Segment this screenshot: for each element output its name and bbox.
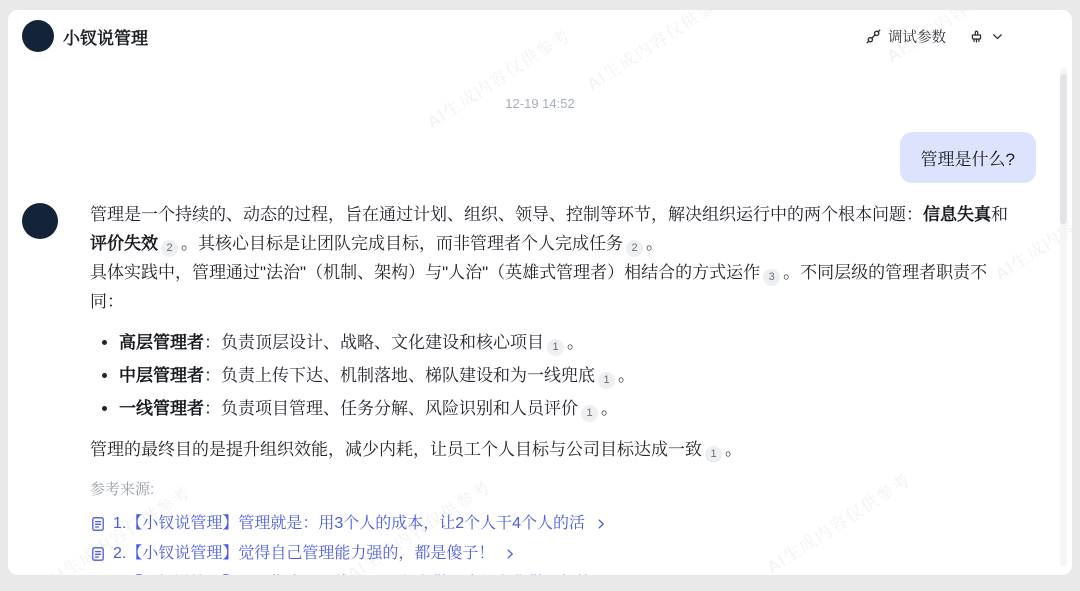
chevron-right-icon xyxy=(504,548,516,560)
citation-badge[interactable]: 1 xyxy=(598,372,615,389)
user-message-bubble: 管理是什么? xyxy=(900,132,1036,183)
body-text: 。其核心目标是让团队完成目标，而非管理者个人完成任务 xyxy=(181,234,623,253)
body-text: 。 xyxy=(725,440,742,459)
citation-badge[interactable]: 1 xyxy=(581,405,598,422)
header-actions: 调试参数 xyxy=(865,26,1054,47)
body-text-bold: 信息失真 xyxy=(923,205,991,224)
reference-link-text: 2.【小钗说管理】觉得自己管理能力强的，都是傻子！ xyxy=(113,543,494,564)
chevron-right-icon xyxy=(595,518,607,530)
list-text: ：负责上传下达、机制落地、梯队建设和为一线兜底 xyxy=(204,366,595,385)
assistant-message-body: 管理是一个持续的、动态的过程，旨在通过计划、组织、领导、控制等环节，解决组织运行… xyxy=(90,200,1016,575)
body-text-bold: 评价失效 xyxy=(90,234,158,253)
user-message-row: 管理是什么? xyxy=(8,132,1072,183)
document-icon xyxy=(90,546,106,562)
body-text: 具体实践中，管理通过"法治"（机制、架构）与"人治"（英雄式管理者）相结合的方式… xyxy=(90,263,760,282)
debug-params-label: 调试参数 xyxy=(888,26,946,47)
reference-sources-label: 参考来源: xyxy=(90,475,1016,504)
tune-icon xyxy=(865,28,882,45)
list-term: 一线管理者 xyxy=(119,399,204,418)
citation-badge[interactable]: 2 xyxy=(626,240,643,257)
body-text: 和 xyxy=(991,205,1008,224)
citation-badge[interactable]: 2 xyxy=(161,240,178,257)
list-item: 高层管理者：负责顶层设计、战略、文化建设和核心项目1。 xyxy=(119,328,1016,357)
list-tail: 。 xyxy=(601,399,618,418)
brush-icon xyxy=(968,28,985,45)
message-timestamp: 12-19 14:52 xyxy=(8,96,1072,111)
list-term: 中层管理者 xyxy=(119,366,204,385)
bot-avatar xyxy=(22,20,54,52)
reference-link[interactable]: 2.【小钗说管理】觉得自己管理能力强的，都是傻子！ xyxy=(90,543,1016,564)
citation-badge[interactable]: 3 xyxy=(763,269,780,286)
scrollbar-thumb[interactable] xyxy=(1060,74,1067,224)
reference-link-text: 1.【小钗说管理】管理就是：用3个人的成本，让2个人干4个人的活 xyxy=(113,513,585,534)
citation-badge[interactable]: 1 xyxy=(547,339,564,356)
body-text: 。 xyxy=(646,234,663,253)
list-text: ：负责项目管理、任务分解、风险识别和人员评价 xyxy=(204,399,578,418)
bot-avatar xyxy=(22,203,58,239)
list-tail: 。 xyxy=(618,366,635,385)
chat-header: 小钗说管理 调试参数 xyxy=(8,10,1072,62)
list-tail: 。 xyxy=(567,333,584,352)
list-text: ：负责顶层设计、战略、文化建设和核心项目 xyxy=(204,333,544,352)
list-term: 高层管理者 xyxy=(119,333,204,352)
reference-sources: 参考来源: 1.【小钗说管理】管理就是：用3个人的成本，让2个人干4个人的活 xyxy=(90,475,1016,575)
body-text: 管理是一个持续的、动态的过程，旨在通过计划、组织、领导、控制等环节，解决组织运行… xyxy=(90,205,923,224)
clear-context-button[interactable] xyxy=(968,28,1004,45)
manager-levels-list: 高层管理者：负责顶层设计、战略、文化建设和核心项目1。 中层管理者：负责上传下达… xyxy=(90,328,1016,423)
assistant-message-row: 管理是一个持续的、动态的过程，旨在通过计划、组织、领导、控制等环节，解决组织运行… xyxy=(8,200,1072,575)
list-item: 中层管理者：负责上传下达、机制落地、梯队建设和为一线兜底1。 xyxy=(119,361,1016,390)
chat-card: AI生成内容仅供参考 AI生成内容仅供参考 AI生成内容仅供参考 AI生成内容仅… xyxy=(8,10,1072,575)
reference-link[interactable]: 3.【小钗说管理】经理指南：一线Leader怎么做？为什么你做不好管理 xyxy=(90,573,1016,575)
citation-badge[interactable]: 1 xyxy=(705,446,722,463)
reference-link[interactable]: 1.【小钗说管理】管理就是：用3个人的成本，让2个人干4个人的活 xyxy=(90,513,1016,534)
list-item: 一线管理者：负责项目管理、任务分解、风险识别和人员评价1。 xyxy=(119,394,1016,423)
body-text: 管理的最终目的是提升组织效能，减少内耗，让员工个人目标与公司目标达成一致 xyxy=(90,440,702,459)
assistant-paragraph: 具体实践中，管理通过"法治"（机制、架构）与"人治"（英雄式管理者）相结合的方式… xyxy=(90,258,1016,316)
debug-params-button[interactable]: 调试参数 xyxy=(865,26,946,47)
document-icon xyxy=(90,516,106,532)
assistant-paragraph: 管理的最终目的是提升组织效能，减少内耗，让员工个人目标与公司目标达成一致1。 xyxy=(90,435,1016,464)
chevron-down-icon xyxy=(991,30,1004,43)
page-title: 小钗说管理 xyxy=(63,24,148,49)
reference-link-text: 3.【小钗说管理】经理指南：一线Leader怎么做？为什么你做不好管理 xyxy=(113,573,608,575)
assistant-paragraph: 管理是一个持续的、动态的过程，旨在通过计划、组织、领导、控制等环节，解决组织运行… xyxy=(90,200,1016,258)
